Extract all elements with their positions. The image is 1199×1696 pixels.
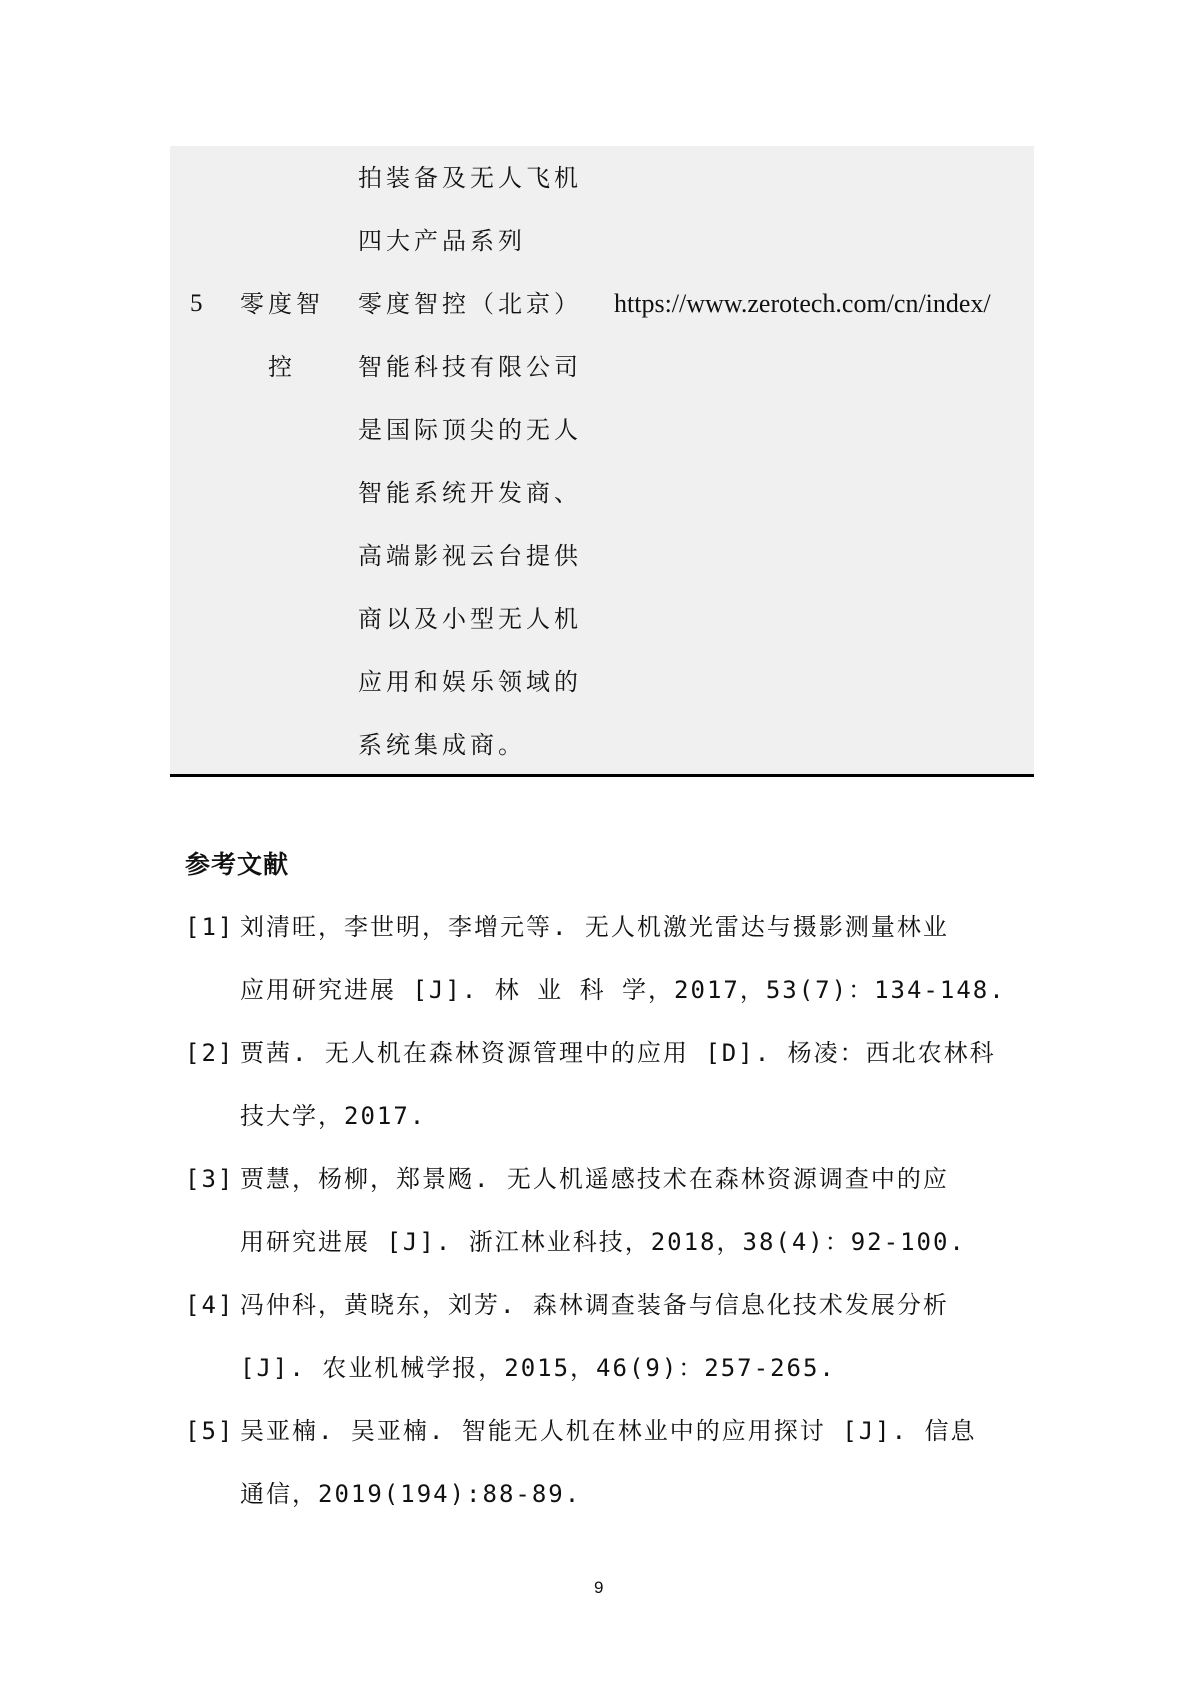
table-cell-description: 高端影视云台提供: [358, 541, 582, 571]
reference-text: 贾慧，杨柳，郑景飏. 无人机遥感技术在森林资源调查中的应: [240, 1164, 949, 1194]
table-cell-company-name: 零度智: [240, 289, 324, 319]
reference-text: 冯仲科，黄晓东，刘芳. 森林调查装备与信息化技术发展分析: [240, 1290, 949, 1320]
references-heading: 参考文献: [185, 845, 289, 881]
table-cell-description: 应用和娱乐领域的: [358, 667, 582, 697]
table-bottom-rule: [170, 774, 1034, 777]
table-cell-description-continued: 四大产品系列: [358, 226, 526, 256]
table-cell-description-continued: 拍装备及无人飞机: [358, 163, 582, 193]
company-table: [170, 146, 1034, 774]
table-cell-description: 商以及小型无人机: [358, 604, 582, 634]
table-cell-company-name: 控: [268, 352, 296, 382]
reference-text: [J]. 农业机械学报，2015，46(9)：257-265.: [240, 1353, 836, 1383]
table-cell-description: 智能科技有限公司: [358, 352, 582, 382]
reference-label: [4]: [185, 1290, 234, 1320]
table-cell-number: 5: [190, 289, 203, 319]
table-cell-url-link[interactable]: https://www.zerotech.com/cn/index/: [614, 289, 991, 319]
reference-text: 应用研究进展 [J]. 林 业 科 学，2017，53(7)：134-148.: [240, 975, 1006, 1005]
table-cell-description: 是国际顶尖的无人: [358, 415, 582, 445]
reference-label: [2]: [185, 1038, 234, 1068]
reference-text: 用研究进展 [J]. 浙江林业科技，2018，38(4)：92-100.: [240, 1227, 966, 1257]
reference-label: [3]: [185, 1164, 234, 1194]
reference-text: 刘清旺，李世明，李增元等. 无人机激光雷达与摄影测量林业: [240, 912, 949, 942]
reference-text: 吴亚楠. 吴亚楠. 智能无人机在林业中的应用探讨 [J]. 信息: [240, 1416, 977, 1446]
reference-label: [5]: [185, 1416, 234, 1446]
reference-text: 技大学，2017.: [240, 1101, 426, 1131]
reference-text: 贾茜. 无人机在森林资源管理中的应用 [D]. 杨凌：西北农林科: [240, 1038, 996, 1068]
reference-label: [1]: [185, 912, 234, 942]
table-cell-description: 系统集成商。: [358, 730, 526, 760]
table-cell-description: 零度智控（北京）: [358, 289, 582, 319]
page-number: 9: [594, 1578, 603, 1598]
table-cell-description: 智能系统开发商、: [358, 478, 582, 508]
reference-text: 通信，2019(194):88-89.: [240, 1479, 581, 1509]
